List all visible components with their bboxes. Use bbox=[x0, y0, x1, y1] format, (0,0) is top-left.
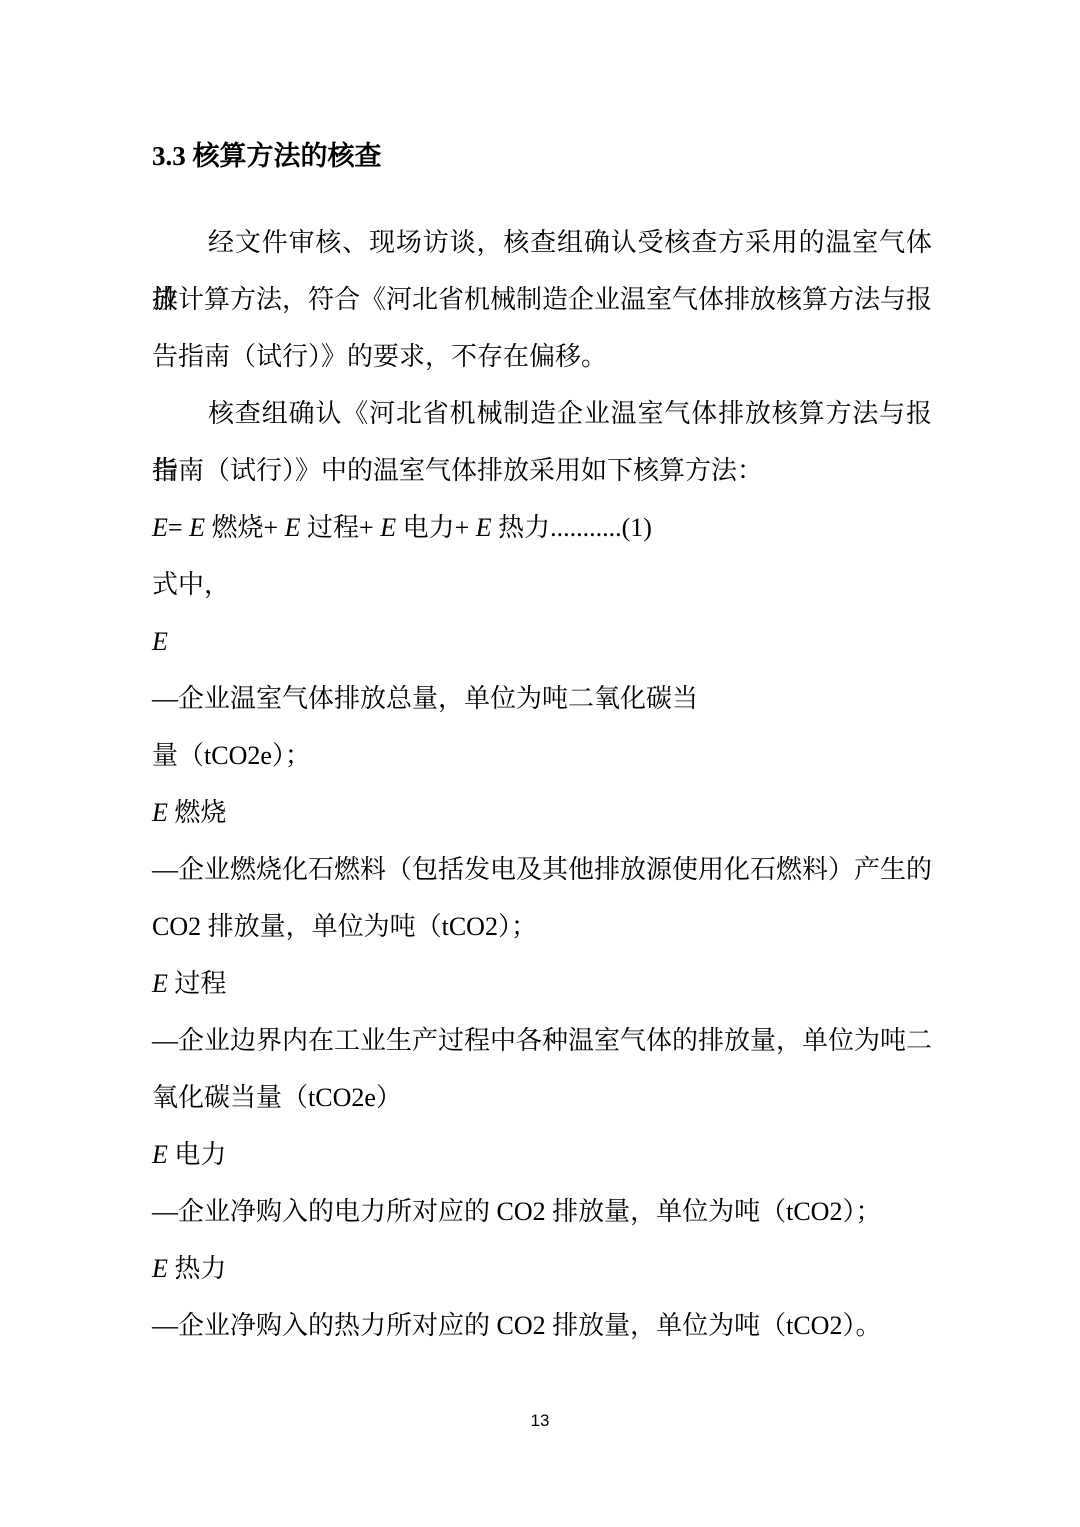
para-1-line-2: 放计算方法，符合《河北省机械制造企业温室气体排放核算方法与报 bbox=[152, 271, 932, 328]
formula-line: E= E 燃烧+ E 过程+ E 电力+ E 热力...........(1) bbox=[152, 499, 932, 556]
formula-variable: E bbox=[152, 1140, 168, 1169]
term-e-def-line-2: 量（tCO2e）； bbox=[152, 727, 932, 784]
para-2-line-1: 核查组确认《河北省机械制造企业温室气体排放核算方法与报告 bbox=[152, 385, 932, 442]
term-e-guocheng-def-line-1: —企业边界内在工业生产过程中各种温室气体的排放量，单位为吨二 bbox=[152, 1012, 932, 1069]
document-page: 3.3 核算方法的核查 经文件审核、现场访谈，核查组确认受核查方采用的温室气体排… bbox=[0, 0, 1080, 1527]
term-e-dianli-def: —企业净购入的电力所对应的 CO2 排放量，单位为吨（tCO2）； bbox=[152, 1183, 932, 1240]
text-segment: —企业净购入的电力所对应的 CO2 排放量，单位为吨（tCO2）； bbox=[152, 1197, 881, 1226]
formula-variable: E bbox=[152, 627, 168, 656]
text-segment: —企业燃烧化石燃料（包括发电及其他排放源使用化石燃料）产生的 bbox=[152, 855, 932, 884]
formula-variable: E bbox=[189, 513, 205, 542]
formula-variable: E bbox=[285, 513, 301, 542]
term-e-ranshao-symbol: E 燃烧 bbox=[152, 784, 932, 841]
formula-variable: E bbox=[152, 969, 168, 998]
formula-variable: E bbox=[380, 513, 396, 542]
text-segment: —企业边界内在工业生产过程中各种温室气体的排放量，单位为吨二 bbox=[152, 1026, 932, 1055]
section-heading: 3.3 核算方法的核查 bbox=[152, 134, 932, 178]
formula-intro: 式中， bbox=[152, 556, 932, 613]
text-segment: 放计算方法，符合《河北省机械制造企业温室气体排放核算方法与报 bbox=[152, 285, 932, 314]
body-text-block: 经文件审核、现场访谈，核查组确认受核查方采用的温室气体排放计算方法，符合《河北省… bbox=[152, 214, 932, 1354]
term-e-def-line-1: —企业温室气体排放总量，单位为吨二氧化碳当 bbox=[152, 670, 932, 727]
term-e-guocheng-symbol: E 过程 bbox=[152, 955, 932, 1012]
formula-variable: E bbox=[152, 798, 168, 827]
text-segment: 电力+ bbox=[396, 513, 476, 542]
term-e-ranshao-def-line-2: CO2 排放量，单位为吨（tCO2）； bbox=[152, 898, 932, 955]
para-2-line-2: 指南（试行）》中的温室气体排放采用如下核算方法： bbox=[152, 442, 932, 499]
text-segment: 过程+ bbox=[301, 513, 381, 542]
text-segment: 电力 bbox=[168, 1140, 227, 1169]
text-segment: —企业净购入的热力所对应的 CO2 排放量，单位为吨（tCO2）。 bbox=[152, 1311, 881, 1340]
text-segment: 热力 bbox=[168, 1254, 227, 1283]
term-e-ranshao-def-line-1: —企业燃烧化石燃料（包括发电及其他排放源使用化石燃料）产生的 bbox=[152, 841, 932, 898]
term-e-guocheng-def-line-2: 氧化碳当量（tCO2e） bbox=[152, 1069, 932, 1126]
text-segment: 氧化碳当量（tCO2e） bbox=[152, 1083, 402, 1112]
text-segment: = bbox=[168, 513, 189, 542]
term-e-reli-def: —企业净购入的热力所对应的 CO2 排放量，单位为吨（tCO2）。 bbox=[152, 1297, 932, 1354]
text-segment: 指南（试行）》中的温室气体排放采用如下核算方法： bbox=[152, 456, 763, 485]
text-segment: 过程 bbox=[168, 969, 227, 998]
formula-variable: E bbox=[152, 513, 168, 542]
term-e-symbol: E bbox=[152, 613, 932, 670]
term-e-dianli-symbol: E 电力 bbox=[152, 1126, 932, 1183]
text-segment: 热力...........(1) bbox=[492, 513, 652, 542]
text-segment: —企业温室气体排放总量，单位为吨二氧化碳当 bbox=[152, 684, 698, 713]
para-1-line-3: 告指南（试行）》的要求，不存在偏移。 bbox=[152, 328, 932, 385]
text-segment: 告指南（试行）》的要求，不存在偏移。 bbox=[152, 342, 607, 371]
para-1-line-1: 经文件审核、现场访谈，核查组确认受核查方采用的温室气体排 bbox=[152, 214, 932, 271]
page-number: 13 bbox=[0, 1410, 1080, 1432]
text-segment: 燃烧+ bbox=[205, 513, 285, 542]
term-e-reli-symbol: E 热力 bbox=[152, 1240, 932, 1297]
text-segment: 燃烧 bbox=[168, 798, 227, 827]
text-segment: 式中， bbox=[152, 570, 230, 599]
formula-variable: E bbox=[476, 513, 492, 542]
text-segment: CO2 排放量，单位为吨（tCO2）； bbox=[152, 912, 537, 941]
text-segment: 量（tCO2e）； bbox=[152, 741, 311, 770]
formula-variable: E bbox=[152, 1254, 168, 1283]
